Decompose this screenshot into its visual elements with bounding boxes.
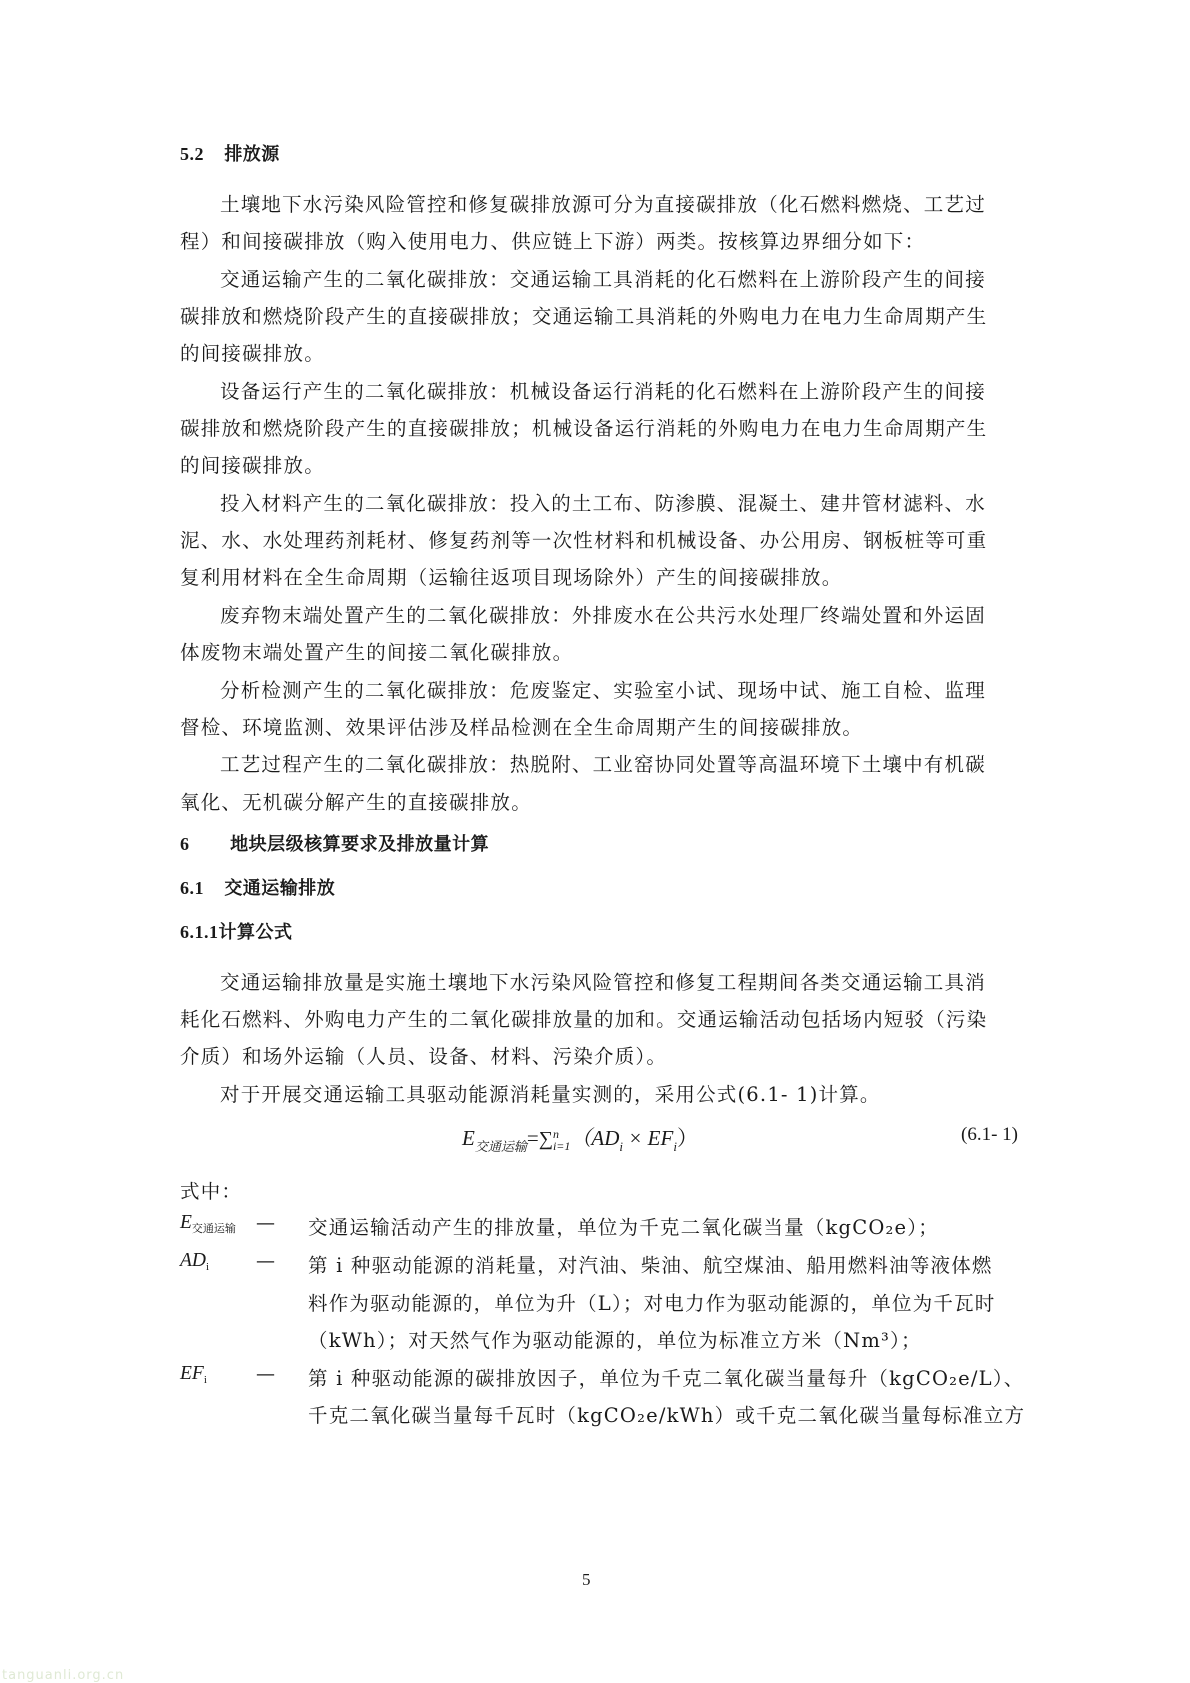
formula-6-1-1: E交通运输=∑ni=1（ADi × EFi） [462, 1122, 698, 1155]
definition-text: 千克二氧化碳当量每千瓦时（kgCO₂e/kWh）或千克二氧化碳当量每标准立方 [308, 1400, 1025, 1428]
definition-text: 交通运输活动产生的排放量，单位为千克二氧化碳当量（kgCO₂e）； [308, 1212, 939, 1240]
paragraph-line: 投入材料产生的二氧化碳排放：投入的土工布、防渗膜、混凝土、建井管材滤料、水 [220, 488, 986, 516]
heading-title: 交通运输排放 [224, 878, 335, 899]
term-symbol: E [180, 1212, 192, 1233]
heading-number: 6 [180, 834, 190, 855]
heading-number: 6.1 [180, 878, 204, 899]
paragraph-line: 耗化石燃料、外购电力产生的二氧化碳排放量的加和。交通运输活动包括场内短驳（污染 [180, 1004, 987, 1032]
definition-text: （kWh）；对天然气作为驱动能源的，单位为标准立方米（Nm³）； [308, 1325, 922, 1353]
paragraph-line: 工艺过程产生的二氧化碳排放：热脱附、工业窑协同处置等高温环境下土壤中有机碳 [220, 749, 986, 777]
formula-close: ） [677, 1126, 698, 1150]
definition-term: E交通运输 [180, 1212, 236, 1236]
term-symbol: EF [180, 1363, 204, 1384]
sum-limits: ni=1 [553, 1128, 570, 1152]
formula-lhs: E [462, 1126, 475, 1150]
paragraph-line: 泥、水、水处理药剂耗材、修复药剂等一次性材料和机械设备、办公用房、钢板桩等可重 [180, 525, 987, 553]
definition-dash: — [256, 1250, 275, 1272]
paragraph-line: 介质）和场外运输（人员、设备、材料、污染介质）。 [180, 1041, 667, 1069]
heading-title: 地块层级核算要求及排放量计算 [230, 834, 489, 855]
definition-dash: — [256, 1212, 275, 1234]
paragraph-line: 交通运输产生的二氧化碳排放：交通运输工具消耗的化石燃料在上游阶段产生的间接 [220, 264, 986, 292]
term-subscript: 交通运输 [192, 1223, 236, 1235]
heading-6-1-1: 6.1.1计算公式 [180, 918, 293, 944]
definition-dash: — [256, 1363, 275, 1385]
paragraph-line: 交通运输排放量是实施土壤地下水污染风险管控和修复工程期间各类交通运输工具消 [220, 967, 986, 995]
sum-lower: i=1 [553, 1139, 570, 1153]
paragraph-line: 碳排放和燃烧阶段产生的直接碳排放；机械设备运行消耗的外购电力在电力生命周期产生 [180, 413, 987, 441]
paragraph-line: 对于开展交通运输工具驱动能源消耗量实测的，采用公式(6.1- 1)计算。 [220, 1079, 881, 1107]
term-subscript: i [204, 1374, 207, 1386]
paragraph-line: 碳排放和燃烧阶段产生的直接碳排放；交通运输工具消耗的外购电力在电力生命周期产生 [180, 301, 987, 329]
page-number: 5 [582, 1570, 591, 1590]
paragraph-line: 废弃物末端处置产生的二氧化碳排放：外排废水在公共污水处理厂终端处置和外运固 [220, 600, 986, 628]
heading-5-2: 5.2 排放源 [180, 140, 280, 166]
paragraph-line: 复利用材料在全生命周期（运输往返项目现场除外）产生的间接碳排放。 [180, 562, 842, 590]
paragraph-line: 分析检测产生的二氧化碳排放：危废鉴定、实验室小试、现场中试、施工自检、监理 [220, 675, 986, 703]
heading-6-1: 6.1 交通运输排放 [180, 874, 335, 900]
heading-title: 计算公式 [219, 922, 293, 943]
heading-number: 5.2 [180, 144, 204, 165]
formula-lhs-subscript: 交通运输 [475, 1139, 527, 1154]
paragraph-line: 氧化、无机碳分解产生的直接碳排放。 [180, 787, 532, 815]
heading-title: 排放源 [224, 144, 280, 165]
definition-text: 第 i 种驱动能源的消耗量，对汽油、柴油、航空煤油、船用燃料油等液体燃 [308, 1250, 993, 1278]
paragraph-line: 体废物末端处置产生的间接二氧化碳排放。 [180, 637, 573, 665]
paragraph-line: 设备运行产生的二氧化碳排放：机械设备运行消耗的化石燃料在上游阶段产生的间接 [220, 376, 986, 404]
definition-term: ADi [180, 1250, 209, 1273]
sigma-icon: ∑ [539, 1128, 553, 1150]
watermark: tanguanli.org.cn [2, 1668, 124, 1683]
definition-text: 第 i 种驱动能源的碳排放因子，单位为千克二氧化碳当量每升（kgCO₂e/L）、 [308, 1363, 1024, 1391]
heading-number: 6.1.1 [180, 922, 219, 943]
paragraph-line: 式中： [180, 1176, 242, 1204]
term-symbol: AD [180, 1250, 206, 1271]
paragraph-line: 督检、环境监测、效果评估涉及样品检测在全生命周期产生的间接碳排放。 [180, 712, 863, 740]
formula-body: （AD [570, 1126, 619, 1150]
formula-times: × EF [623, 1126, 673, 1150]
definition-text: 料作为驱动能源的，单位为升（L）；对电力作为驱动能源的，单位为千瓦时 [308, 1288, 996, 1316]
definition-term: EFi [180, 1363, 207, 1386]
formula-equals: = [527, 1126, 539, 1150]
paragraph-line: 的间接碳排放。 [180, 338, 325, 366]
paragraph-line: 程）和间接碳排放（购入使用电力、供应链上下游）两类。按核算边界细分如下： [180, 226, 925, 254]
heading-6: 6 地块层级核算要求及排放量计算 [180, 830, 489, 856]
equation-number: (6.1- 1) [961, 1124, 1018, 1146]
paragraph-line: 的间接碳排放。 [180, 450, 325, 478]
term-subscript: i [206, 1261, 209, 1273]
paragraph-line: 土壤地下水污染风险管控和修复碳排放源可分为直接碳排放（化石燃料燃烧、工艺过 [220, 189, 986, 217]
